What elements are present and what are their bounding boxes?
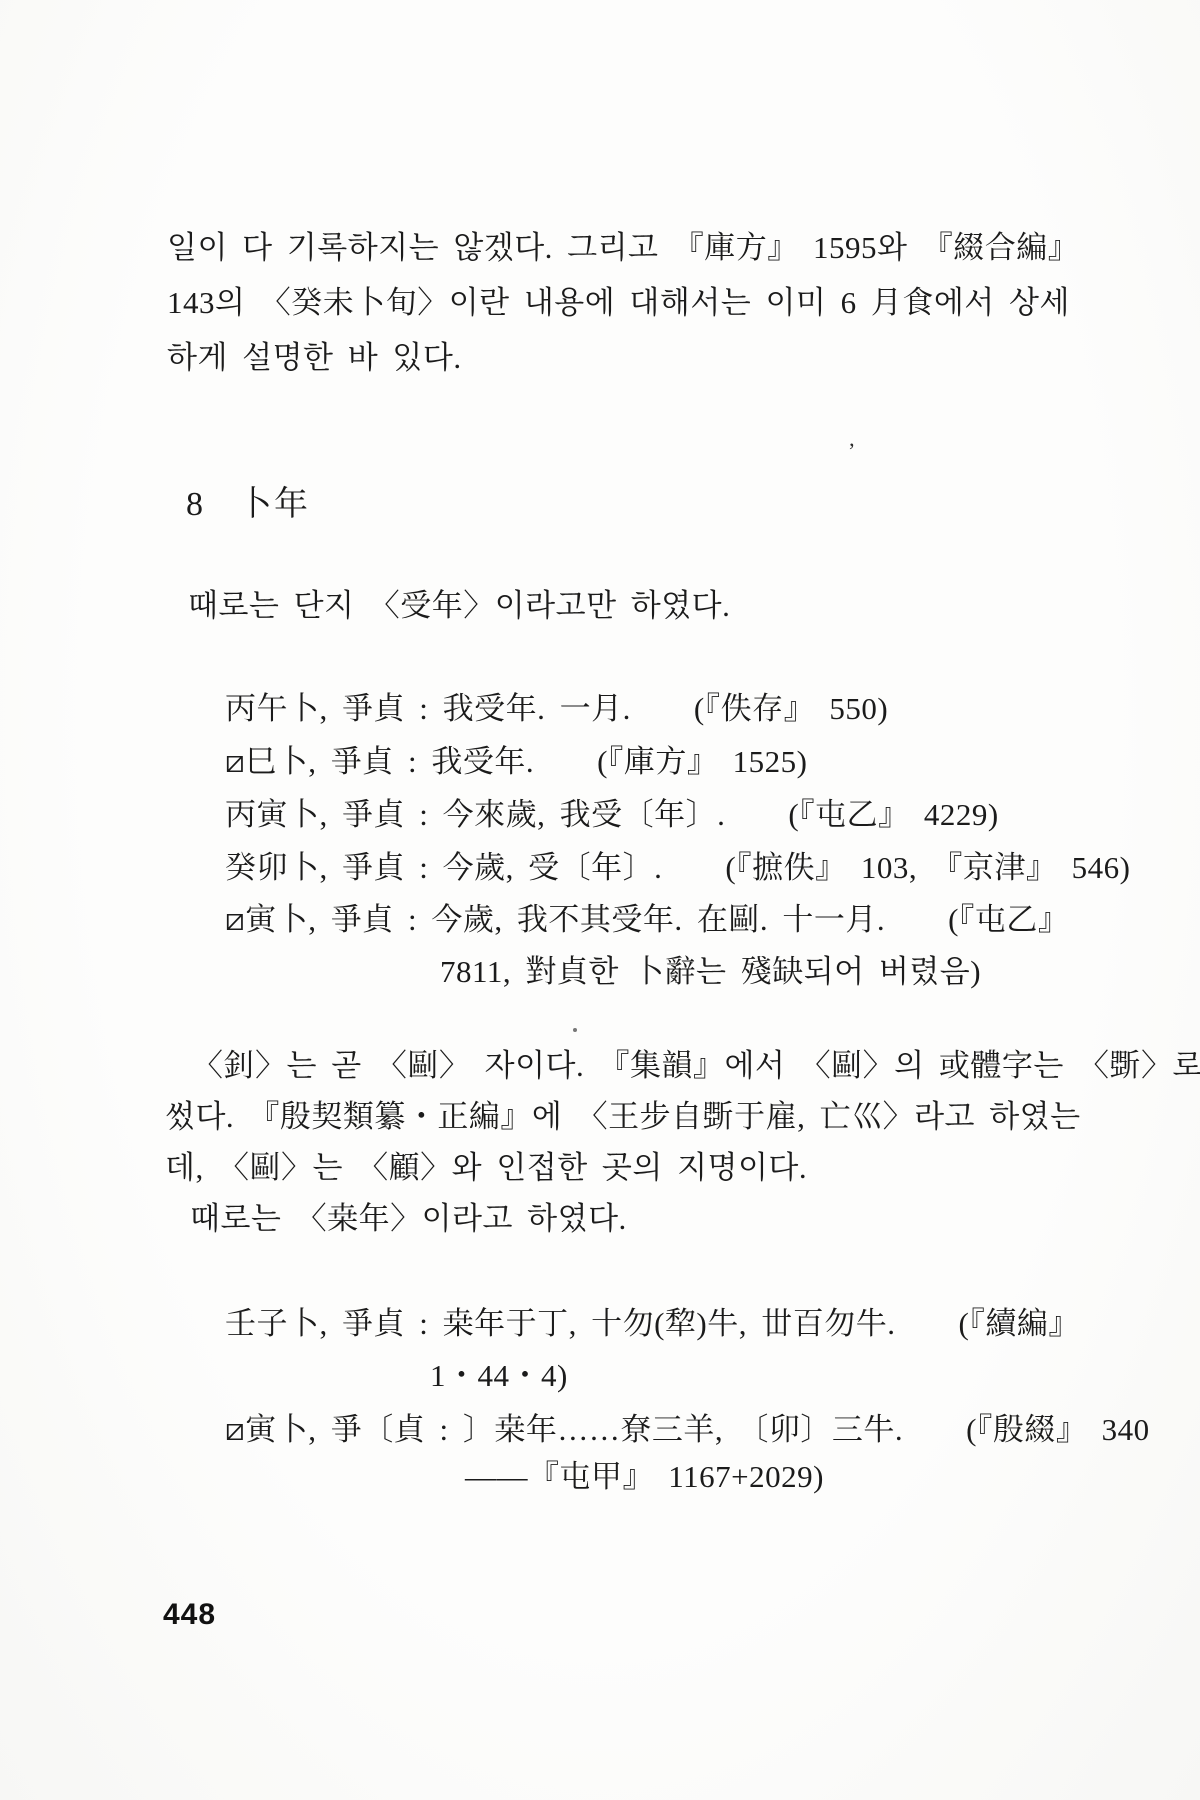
section-heading: 8 卜年	[186, 488, 310, 522]
paragraph-3: 때로는 〈桒年〉이라고 하였다.	[190, 1203, 627, 1234]
paragraph-1-line-2: 143의 〈癸未卜旬〉이란 내용에 대해서는 이미 6 月食에서 상세	[167, 287, 1070, 318]
book-page: 일이 다 기록하지는 않겠다. 그리고 『庫方』 1595와 『綴合編』 143…	[0, 0, 1200, 1800]
paragraph-1-line-3: 하게 설명한 바 있다.	[167, 342, 462, 373]
paragraph-2-line-1: 〈釗〉는 곧 〈剾〉 자이다. 『集韻』에서 〈剾〉의 或體字는 〈斲〉로	[192, 1050, 1200, 1081]
scan-artifact-mark: ’	[848, 438, 855, 464]
paragraph-2-line-2: 썼다. 『殷契類纂・正編』에 〈王步自斲于雇, 亡巛〉라고 하였는	[165, 1101, 1081, 1132]
paragraph-2-line-3: 데, 〈剾〉는 〈顧〉와 인접한 곳의 지명이다.	[165, 1152, 807, 1183]
intro-sentence: 때로는 단지 〈受年〉이라고만 하였다.	[188, 590, 730, 621]
quote-line: ⧄巳卜, 爭貞 : 我受年. (『庫方』 1525)	[225, 746, 807, 777]
paragraph-1-line-1: 일이 다 기록하지는 않겠다. 그리고 『庫方』 1595와 『綴合編』	[167, 232, 1079, 263]
quote-line: 丙寅卜, 爭貞 : 今來歲, 我受〔年〕. (『屯乙』 4229)	[225, 799, 999, 830]
quote-line-continuation: 1・44・4)	[430, 1360, 568, 1391]
quote-line: ⧄寅卜, 爭貞 : 今歲, 我不其受年. 在剾. 十一月. (『屯乙』	[225, 904, 1069, 935]
quote-line-continuation: ——『屯甲』 1167+2029)	[465, 1461, 824, 1492]
quote-line: 壬子卜, 爭貞 : 桒年于丁, 十勿(犂)牛, 丗百勿牛. (『續編』	[225, 1308, 1080, 1339]
quote-line: ⧄寅卜, 爭〔貞 : 〕桒年……尞三羊, 〔卯〕三牛. (『殷綴』 340	[225, 1414, 1150, 1445]
quote-line: 丙午卜, 爭貞 : 我受年. 一月. (『佚存』 550)	[225, 693, 888, 724]
scan-artifact-dot	[573, 1028, 577, 1032]
page-number: 448	[163, 1598, 216, 1632]
quote-line-continuation: 7811, 對貞한 卜辭는 殘缺되어 버렸음)	[440, 956, 981, 987]
quote-line: 癸卯卜, 爭貞 : 今歲, 受〔年〕. (『摭佚』 103, 『京津』 546)	[225, 852, 1131, 883]
